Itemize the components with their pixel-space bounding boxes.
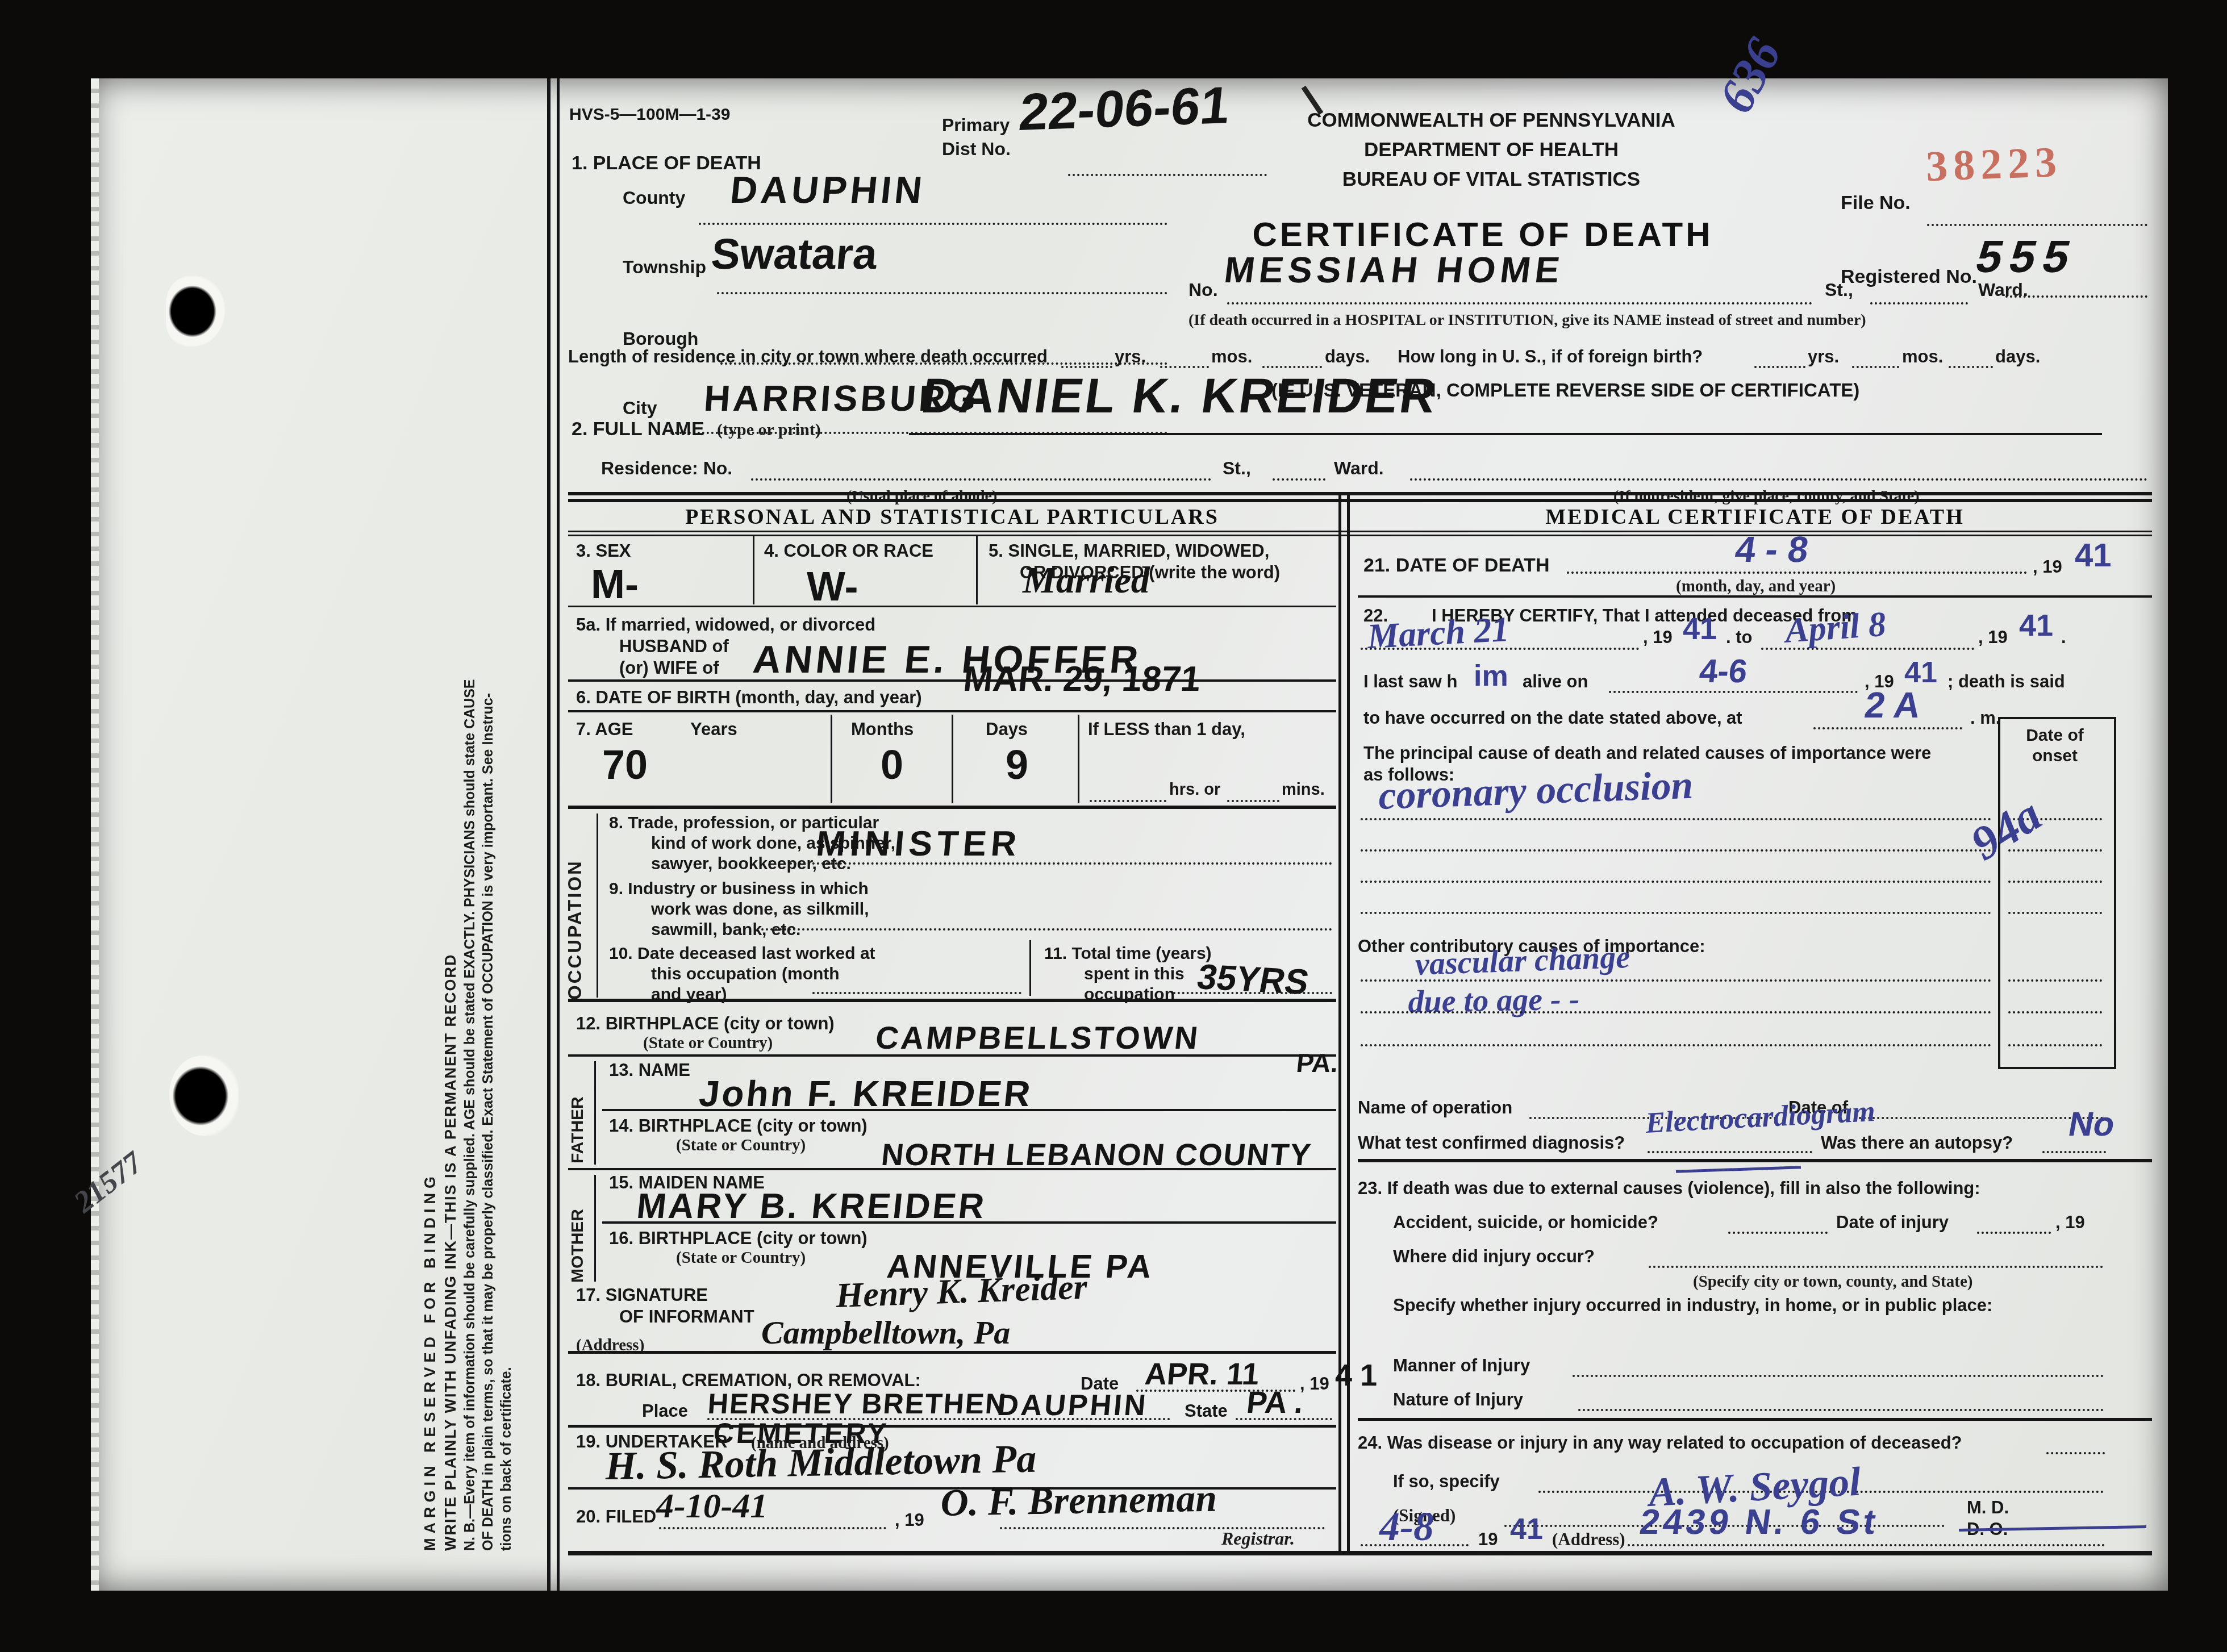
onset-seg-5	[2008, 979, 2102, 982]
age-mins-line	[1227, 800, 1279, 802]
contributory-value-2: due to age - -	[1408, 981, 1580, 1020]
father-bp-rule	[568, 1168, 1336, 1170]
cause-line-3	[1361, 881, 1991, 883]
total-time-value: 35YRS	[1194, 957, 1312, 1003]
age-div-1	[831, 715, 832, 803]
mother-bp-label-2: (State or Country)	[676, 1249, 806, 1267]
industry-label-2: work was done, as silkmill,	[651, 900, 869, 919]
header-rule-2	[568, 535, 2152, 536]
industry-label-1: 9. Industry or business in which	[609, 879, 869, 899]
injury-date-label: Date of injury	[1836, 1212, 1949, 1233]
operation-date-line	[1859, 1117, 2103, 1119]
injury-rule	[1358, 1418, 2152, 1421]
spouse-label-1: 5a. If married, widowed, or divorced	[576, 615, 875, 635]
residence-no-line	[751, 478, 1211, 481]
principal-text-1: The principal cause of death and related…	[1363, 743, 1931, 764]
birthplace-value-2: PA.	[1295, 1048, 1340, 1078]
injury-where-note: (Specify city or town, county, and State…	[1693, 1273, 1972, 1291]
registered-no-value: 555	[1971, 231, 2083, 283]
onset-label-2: onset	[1998, 746, 2112, 766]
commonwealth-line: COMMONWEALTH OF PENNSYLVANIA	[1281, 109, 1701, 132]
attended-to-value: April 8	[1784, 604, 1887, 652]
margin-note-ink: WRITE PLAINLY WITH UNFADING INK—THIS IS …	[442, 97, 460, 1551]
contributory-value-1: vascular change	[1415, 939, 1630, 983]
residence-no-label: Residence: No.	[601, 458, 732, 479]
signed-year: 41	[1510, 1512, 1543, 1546]
burial-place-line	[707, 1418, 1170, 1420]
to-label: . to	[1726, 627, 1753, 648]
last-saw-him: im	[1474, 659, 1508, 693]
form-code: HVS-5—100M—1-39	[569, 105, 730, 124]
for-mos-line	[1852, 366, 1899, 368]
father-bp-label-1: 14. BIRTHPLACE (city or town)	[609, 1116, 868, 1136]
father-side-label: FATHER	[568, 1061, 587, 1163]
row5-rule	[568, 606, 1336, 607]
for-yrs-label: yrs.	[1808, 347, 1839, 367]
signed-date-line	[1361, 1544, 1469, 1546]
last-saw-date: 4-6	[1698, 652, 1749, 690]
dod-year: 41	[2075, 536, 2112, 574]
column-divider-2	[1347, 492, 1350, 1552]
township-value: Swatara	[709, 230, 879, 279]
age-months-label: Months	[851, 719, 914, 740]
file-no-label: File No.	[1841, 192, 1911, 214]
operation-label: Name of operation	[1358, 1098, 1512, 1118]
length-residence-label: Length of residence in city or town wher…	[568, 347, 1048, 367]
dod-19: , 19	[2033, 557, 2062, 577]
spouse-label-2: HUSBAND of	[619, 636, 729, 657]
father-bp-value: NORTH LEBANON COUNTY	[879, 1137, 1313, 1173]
manner-label: Manner of Injury	[1393, 1355, 1530, 1376]
photographed-certificate: MARGIN RESERVED FOR BINDING WRITE PLAINL…	[0, 0, 2227, 1652]
attended-from-line	[1361, 648, 1639, 650]
margin-rule-outer	[547, 78, 551, 1591]
mother-bracket	[594, 1175, 596, 1282]
dod-label: 21. DATE OF DEATH	[1363, 554, 1549, 577]
father-bracket	[594, 1061, 596, 1165]
informant-rule	[568, 1351, 1336, 1354]
dob-value: MAR. 29, 1871	[962, 659, 1203, 699]
last-worked-line	[812, 992, 1021, 994]
father-name-rule	[602, 1109, 1336, 1111]
autopsy-value: No	[2066, 1104, 2118, 1144]
file-no-line	[1927, 224, 2147, 226]
address-line	[1628, 1544, 2105, 1546]
residence-ward-label: Ward.	[1334, 458, 1384, 479]
last-saw-post: alive on	[1523, 671, 1588, 692]
paper-hole-bottom	[169, 1056, 239, 1136]
mother-name-rule	[602, 1221, 1336, 1224]
cause-line-1	[1361, 818, 1991, 820]
age-less-label: If LESS than 1 day,	[1088, 719, 1245, 740]
nature-line	[1578, 1409, 2104, 1411]
birthplace-value: CAMPBELLSTOWN	[874, 1019, 1202, 1056]
father-bp-label-2: (State or Country)	[676, 1136, 806, 1155]
signed-date-value: 4-8	[1379, 1503, 1434, 1550]
birthplace-rule	[568, 1054, 1336, 1057]
section-rule-1	[568, 492, 2152, 495]
foreign-birth-label: How long in U. S., if of foreign birth?	[1398, 347, 1703, 367]
full-name-line	[909, 433, 2102, 435]
spouse-label-3: (or) WIFE of	[619, 658, 719, 678]
accident-label: Accident, suicide, or homicide?	[1393, 1212, 1658, 1233]
full-name-paren: (type or print)	[717, 420, 821, 440]
filed-label: 20. FILED	[576, 1507, 656, 1527]
cause-line-4	[1361, 912, 1991, 914]
full-name-label: 2. FULL NAME	[572, 418, 704, 440]
medical-header: MEDICAL CERTIFICATE OF DEATH	[1358, 504, 2152, 529]
from-year: 41	[1683, 611, 1717, 646]
last-saw-pre: I last saw h	[1363, 671, 1457, 692]
birthplace-label-1: 12. BIRTHPLACE (city or town)	[576, 1013, 835, 1034]
informant-label-1: 17. SIGNATURE	[576, 1285, 708, 1305]
len-mos-label: mos.	[1211, 347, 1252, 367]
registrar-signature: O. F. Brenneman	[940, 1476, 1217, 1525]
institution-name-value: MESSIAH HOME	[1222, 249, 1566, 291]
city-label: City	[623, 398, 657, 419]
race-label: 4. COLOR OR RACE	[764, 541, 933, 561]
occupation-rule	[568, 999, 1336, 1002]
contributory-line-2	[1361, 1011, 1991, 1013]
address-label: (Address)	[1552, 1529, 1625, 1550]
filed-date-value: 4-10-41	[656, 1486, 768, 1526]
certificate-paper	[91, 78, 2168, 1591]
for-mos-label: mos.	[1902, 347, 1943, 367]
dod-rule	[1358, 595, 2152, 598]
signed-19: 19	[1478, 1529, 1498, 1550]
age-days-value: 9	[1006, 742, 1028, 789]
certificate-title: CERTIFICATE OF DEATH	[1238, 215, 1727, 254]
burial-state-value: PA .	[1245, 1385, 1305, 1420]
injury-19: , 19	[2055, 1212, 2085, 1233]
onset-label-1: Date of	[1998, 726, 2112, 745]
margin-note-nb-2: OF DEATH in plain terms, so that it may …	[480, 97, 497, 1551]
last-worked-label-2: this occupation (month	[651, 965, 840, 984]
len-yrs-label: yrs.	[1115, 347, 1146, 367]
mother-name-value: MARY B. KREIDER	[635, 1186, 989, 1227]
dod-paren: (month, day, and year)	[1676, 577, 1836, 596]
residence-st-label: St.,	[1223, 458, 1251, 479]
cause-line-2	[1361, 849, 1991, 852]
dob-rule	[568, 710, 1336, 712]
father-name-value: John F. KREIDER	[697, 1073, 1035, 1115]
occurred-time: 2 A	[1862, 684, 1924, 726]
burial-place-value-3: DAUPHIN	[996, 1388, 1149, 1422]
to-period: .	[2061, 627, 2066, 648]
dob-label: 6. DATE OF BIRTH (month, day, and year)	[576, 687, 922, 708]
manner-line	[1573, 1375, 2104, 1377]
age-years-label: Years	[690, 719, 737, 740]
primary-dist-label-1: Primary	[942, 115, 1010, 136]
age-hrs-line	[1090, 800, 1166, 802]
if-so-label: If so, specify	[1393, 1471, 1500, 1492]
primary-dist-label-2: Dist No.	[942, 139, 1011, 160]
trade-line	[790, 862, 1332, 865]
sex-value: M-	[591, 561, 639, 608]
occurred-line	[1813, 727, 1962, 729]
margin-note-nb-1: N. B.—Every item of information should b…	[462, 97, 478, 1551]
last-worked-label-1: 10. Date deceased last worked at	[609, 944, 875, 963]
county-line	[699, 223, 1167, 225]
injury-date-line	[1977, 1232, 2051, 1234]
institution-line	[1227, 302, 1812, 304]
len-days-label: days.	[1325, 347, 1370, 367]
accident-line	[1728, 1232, 1828, 1234]
burial-date-value: APR. 11	[1144, 1357, 1261, 1392]
filed-19: , 19	[895, 1510, 924, 1530]
row10-11-divider	[1029, 940, 1031, 996]
total-time-line	[1173, 992, 1332, 994]
to-19: , 19	[1978, 627, 2008, 648]
full-name-value: DANIEL K. KREIDER	[918, 368, 1441, 424]
death-said: ; death is said	[1947, 671, 2065, 692]
column-divider-1	[1338, 492, 1341, 1552]
dod-line	[1567, 571, 2027, 574]
bottom-rule	[568, 1551, 2152, 1555]
md-label: M. D.	[1967, 1497, 2009, 1518]
from-19: , 19	[1643, 627, 1673, 648]
attended-from-value: March 21	[1366, 610, 1510, 657]
onset-seg-6	[2008, 1011, 2102, 1013]
nonresident-note: (If nonresident, give place, county, and…	[1613, 487, 1920, 506]
sex-race-divider	[753, 536, 754, 604]
burial-rule	[568, 1425, 1336, 1428]
burial-state-line	[1236, 1418, 1332, 1420]
for-days-line	[1949, 366, 1993, 368]
age-rule	[568, 806, 1336, 809]
margin-rule-inner	[557, 78, 560, 1591]
primary-dist-line	[1068, 174, 1267, 176]
burial-place-label: Place	[642, 1401, 688, 1421]
county-value: DAUPHIN	[728, 168, 928, 211]
last-saw-line	[1609, 691, 1858, 693]
onset-seg-3	[2008, 881, 2102, 883]
burial-state-label: State	[1185, 1401, 1228, 1421]
spouse-rule	[568, 679, 1336, 682]
injury-where-label: Where did injury occur?	[1393, 1246, 1595, 1267]
autopsy-label: Was there an autopsy?	[1821, 1133, 2013, 1153]
burial-place-value-1: HERSHEY BRETHEN	[707, 1387, 1008, 1420]
contributory-line-1	[1361, 979, 1991, 982]
to-year: 41	[2019, 608, 2053, 643]
abode-note: (Usual place of abode)	[846, 487, 997, 506]
external-label: 23. If death was due to external causes …	[1358, 1178, 1980, 1199]
age-hrs-label: hrs. or	[1169, 781, 1220, 799]
industry-line	[761, 928, 1332, 931]
marital-label-1: 5. SINGLE, MARRIED, WIDOWED,	[989, 541, 1269, 561]
occurred-m: . m.	[1970, 708, 2000, 728]
occurred-text: to have occurred on the date stated abov…	[1363, 708, 1742, 728]
autopsy-line	[2042, 1151, 2106, 1153]
age-years-value: 70	[602, 742, 648, 789]
birthplace-label-2: (State or Country)	[643, 1034, 773, 1053]
residence-ward-line	[1410, 478, 2147, 481]
test-line	[1648, 1151, 1812, 1153]
age-label: 7. AGE	[576, 719, 633, 740]
county-label: County	[623, 187, 685, 208]
institution-note: (If death occurred in a HOSPITAL or INST…	[1188, 311, 1866, 329]
institution-st-label: St.,	[1825, 279, 1853, 301]
age-div-3	[1078, 715, 1079, 803]
residence-st-line	[1273, 478, 1325, 481]
institution-no-label: No.	[1188, 279, 1218, 301]
contributory-line-3	[1361, 1044, 1991, 1046]
margin-note-nb-3: tions on back of certificate.	[498, 97, 515, 1551]
registrar-label: Registrar.	[1221, 1528, 1295, 1549]
mother-side-label: MOTHER	[568, 1175, 587, 1283]
age-days-label: Days	[986, 719, 1028, 740]
father-name-label: 13. NAME	[609, 1060, 690, 1081]
test-label: What test confirmed diagnosis?	[1358, 1133, 1625, 1153]
informant-address-value: Campbelltown, Pa	[761, 1313, 1010, 1351]
injury-where-line	[1649, 1266, 2103, 1268]
nature-label: Nature of Injury	[1393, 1390, 1523, 1410]
section-rule-2	[568, 499, 2152, 502]
institution-st-line	[1870, 302, 1968, 304]
total-time-label-1: 11. Total time (years)	[1044, 944, 1212, 963]
physician-address-value: 2439 N. 6 St	[1637, 1502, 1882, 1542]
department-line: DEPARTMENT OF HEALTH	[1281, 139, 1701, 161]
related-line	[2046, 1452, 2105, 1454]
registered-no-label: Registered No.	[1841, 266, 1977, 288]
onset-seg-7	[2008, 1044, 2102, 1046]
personal-header: PERSONAL AND STATISTICAL PARTICULARS	[568, 504, 1336, 529]
race-marital-divider	[976, 536, 978, 604]
file-no-stamp: 38223	[1925, 137, 2063, 191]
sex-label: 3. SEX	[576, 541, 631, 561]
burial-date-year: 41	[1335, 1358, 1385, 1393]
for-days-label: days.	[1995, 347, 2040, 367]
for-yrs-line	[1754, 366, 1805, 368]
injury-specify-label: Specify whether injury occurred in indus…	[1393, 1295, 1992, 1316]
related-label: 24. Was disease or injury in any way rel…	[1358, 1433, 1962, 1453]
trade-value: MINISTER	[815, 824, 1023, 864]
age-months-value: 0	[881, 742, 903, 789]
age-mins-label: mins.	[1282, 781, 1325, 799]
race-value: W-	[807, 564, 858, 610]
dod-value: 4 - 8	[1733, 528, 1811, 570]
institution-ward-label: Ward.	[1978, 279, 2028, 301]
filed-line-1	[659, 1527, 886, 1529]
bureau-line: BUREAU OF VITAL STATISTICS	[1281, 168, 1701, 191]
occupation-side-label: OCCUPATION	[564, 812, 586, 1000]
test-rule	[1358, 1159, 2152, 1162]
primary-dist-value: 22-06-61	[1016, 76, 1233, 143]
township-line	[717, 292, 1167, 294]
informant-label-2: OF INFORMANT	[619, 1307, 754, 1327]
marital-value: Married	[1023, 559, 1150, 602]
mother-bp-label-1: 16. BIRTHPLACE (city or town)	[609, 1228, 868, 1249]
total-time-label-2: spent in this	[1084, 965, 1185, 984]
onset-box	[1998, 717, 2116, 1069]
onset-seg-4	[2008, 912, 2102, 914]
margin-note-binding: MARGIN RESERVED FOR BINDING	[422, 97, 439, 1551]
township-label: Township	[623, 257, 706, 278]
occupation-bracket	[597, 814, 598, 998]
age-div-2	[952, 715, 953, 803]
header-rule-1	[568, 531, 2152, 532]
